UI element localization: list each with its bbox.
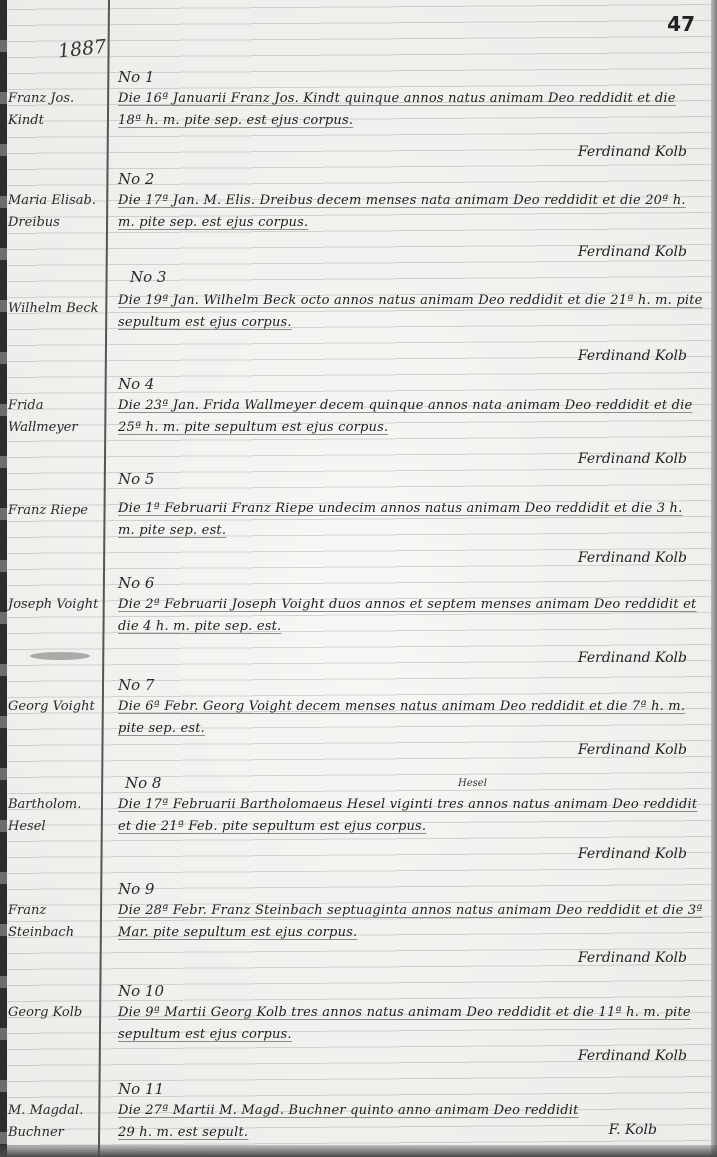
entry-text: Die 1ª Februarii Franz Riepe undecim ann… bbox=[118, 498, 703, 542]
register-page: 47 1887 No 1 Franz Jos. Kindt Die 16ª Ja… bbox=[0, 0, 717, 1157]
signature: Ferdinand Kolb bbox=[578, 846, 687, 862]
page-bottom-shadow bbox=[0, 1145, 717, 1157]
register-entry: No 5 Franz Riepe Die 1ª Februarii Franz … bbox=[0, 470, 717, 570]
margin-name: Georg Kolb bbox=[8, 1002, 106, 1024]
register-entry: No 10 Georg Kolb Die 9ª Martii Georg Kol… bbox=[0, 982, 717, 1082]
signature: Ferdinand Kolb bbox=[578, 742, 687, 758]
margin-name: Joseph Voight bbox=[8, 594, 106, 616]
entry-text: Die 17ª Februarii Bartholomaeus Hesel vi… bbox=[118, 794, 703, 838]
entry-text: Die 17ª Jan. M. Elis. Dreibus decem mens… bbox=[118, 190, 703, 234]
margin-name: Frida Wallmeyer bbox=[8, 395, 106, 439]
margin-name: Franz Steinbach bbox=[8, 900, 106, 944]
entry-text: Die 6ª Febr. Georg Voight decem menses n… bbox=[118, 696, 703, 740]
entry-text: Die 28ª Febr. Franz Steinbach septuagint… bbox=[118, 900, 703, 944]
entry-text: Die 2ª Februarii Joseph Voight duos anno… bbox=[118, 594, 703, 638]
entry-number: No 10 bbox=[118, 982, 164, 1000]
signature: F. Kolb bbox=[609, 1122, 657, 1138]
signature: Ferdinand Kolb bbox=[578, 1048, 687, 1064]
register-entry: No 4 Frida Wallmeyer Die 23ª Jan. Frida … bbox=[0, 375, 717, 470]
margin-name: Franz Jos. Kindt bbox=[8, 88, 106, 132]
entry-number: No 5 bbox=[118, 470, 154, 488]
entry-number: No 11 bbox=[118, 1080, 164, 1098]
entry-number: No 9 bbox=[118, 880, 154, 898]
interlinear-insertion: Hesel bbox=[458, 778, 487, 789]
margin-name: Wilhelm Beck bbox=[8, 298, 106, 320]
entry-text: Die 9ª Martii Georg Kolb tres annos natu… bbox=[118, 1002, 703, 1046]
entry-number: No 1 bbox=[118, 68, 154, 86]
margin-name: Maria Elisab. Dreibus bbox=[8, 190, 106, 234]
register-entry: No 9 Franz Steinbach Die 28ª Febr. Franz… bbox=[0, 880, 717, 980]
entry-text: Die 27ª Martii M. Magd. Buchner quinto a… bbox=[118, 1100, 588, 1144]
register-entry: No 7 Georg Voight Die 6ª Febr. Georg Voi… bbox=[0, 676, 717, 771]
entry-text: Die 16ª Januarii Franz Jos. Kindt quinqu… bbox=[118, 88, 703, 132]
margin-name: Georg Voight bbox=[8, 696, 106, 718]
register-entry: No 2 Maria Elisab. Dreibus Die 17ª Jan. … bbox=[0, 170, 717, 270]
register-entry: No 11 M. Magdal. Buchner Die 27ª Martii … bbox=[0, 1080, 717, 1150]
register-entry: No 1 Franz Jos. Kindt Die 16ª Januarii F… bbox=[0, 68, 717, 168]
register-entry: No 3 Wilhelm Beck Die 19ª Jan. Wilhelm B… bbox=[0, 268, 717, 368]
register-entry: No 8 Hesel Bartholom. Hesel Die 17ª Febr… bbox=[0, 774, 717, 874]
year-heading: 1887 bbox=[57, 36, 107, 63]
signature: Ferdinand Kolb bbox=[578, 550, 687, 566]
margin-name: Bartholom. Hesel bbox=[8, 794, 106, 838]
signature: Ferdinand Kolb bbox=[578, 348, 687, 364]
entry-number: No 8 bbox=[125, 774, 161, 792]
signature: Ferdinand Kolb bbox=[578, 650, 687, 666]
register-entry: No 6 Joseph Voight Die 2ª Februarii Jose… bbox=[0, 574, 717, 674]
signature: Ferdinand Kolb bbox=[578, 144, 687, 160]
entry-number: No 7 bbox=[118, 676, 154, 694]
signature: Ferdinand Kolb bbox=[578, 950, 687, 966]
margin-name: Franz Riepe bbox=[8, 500, 106, 522]
signature: Ferdinand Kolb bbox=[578, 244, 687, 260]
signature: Ferdinand Kolb bbox=[578, 451, 687, 467]
entry-text: Die 19ª Jan. Wilhelm Beck octo annos nat… bbox=[118, 290, 703, 334]
page-number: 47 bbox=[667, 12, 695, 36]
entry-number: No 2 bbox=[118, 170, 154, 188]
entry-number: No 3 bbox=[130, 268, 166, 286]
ink-smudge bbox=[30, 652, 90, 660]
entry-number: No 4 bbox=[118, 375, 154, 393]
entry-number: No 6 bbox=[118, 574, 154, 592]
entry-text: Die 23ª Jan. Frida Wallmeyer decem quinq… bbox=[118, 395, 703, 439]
margin-name: M. Magdal. Buchner bbox=[8, 1100, 106, 1144]
